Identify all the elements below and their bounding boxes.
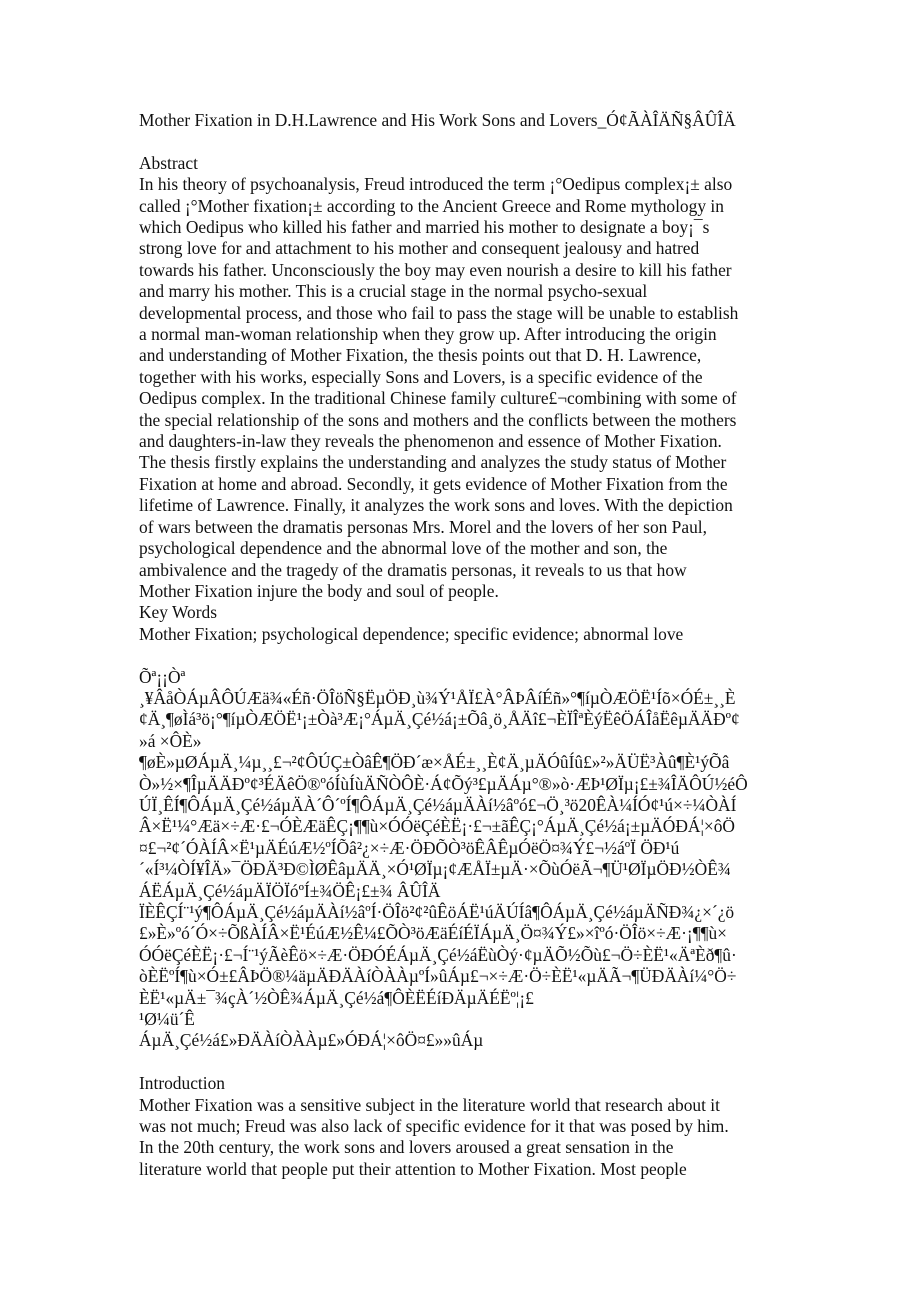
abstract-line: towards his father. Unconsciously the bo…: [139, 260, 799, 281]
abstract-line: strong love for and attachment to his mo…: [139, 238, 799, 259]
chinese-abstract-line: òÈËºÍ¶ù×Ó±£ÂÞÖ®¼äµÄÐÄÀíÒÀÀµºÍ»ûÁµ£¬×÷Æ·Ö…: [139, 966, 799, 987]
abstract-line: together with his works, especially Sons…: [139, 367, 799, 388]
introduction-line: literature world that people put their a…: [139, 1159, 799, 1180]
chinese-abstract-line: £»È»ºó´Ó×÷ÕßÀÍÂ×Ë¹ÉúÆ½Ê¼£ÕÒ³öÆäÉíÉÏÁµÄ¸Ö…: [139, 923, 799, 944]
document-page: Mother Fixation in D.H.Lawrence and His …: [139, 110, 799, 1180]
introduction-section: Introduction Mother Fixation was a sensi…: [139, 1073, 799, 1180]
introduction-line: was not much; Freud was also lack of spe…: [139, 1116, 799, 1137]
introduction-line: Mother Fixation was a sensitive subject …: [139, 1095, 799, 1116]
abstract-line: Oedipus complex. In the traditional Chin…: [139, 388, 799, 409]
abstract-line: In his theory of psychoanalysis, Freud i…: [139, 174, 799, 195]
abstract-line: called ¡°Mother fixation¡± according to …: [139, 196, 799, 217]
abstract-line: and understanding of Mother Fixation, th…: [139, 345, 799, 366]
chinese-abstract-line: ÓÓëÇéÈË¡·£¬Í¨¹ýÃèÊö×÷Æ·ÖÐÓÉÁµÄ¸Çé½áËùÒý·…: [139, 945, 799, 966]
abstract-line: which Oedipus who killed his father and …: [139, 217, 799, 238]
chinese-keywords-text: ÁµÄ¸Çé½á£»ÐÄÀíÒÀÀµ£»ÓÐÁ¦×ôÖ¤£»»ûÁµ: [139, 1030, 799, 1051]
chinese-abstract-line: ¤£¬²¢´ÓÀÍÂ×Ë¹µÄÉúÆ½ºÍÕâ²¿×÷Æ·ÖÐÕÒ³öÊÂÊµÓ…: [139, 838, 799, 859]
abstract-line: ambivalence and the tragedy of the drama…: [139, 560, 799, 581]
chinese-abstract-line: ¸¥ÂåÒÁµÂÔÚÆä¾«Éñ·ÖÎöÑ§ËµÖÐ¸ù¾Ý¹ÅÏ£À°ÂÞÂí…: [139, 688, 799, 709]
spacer: [139, 131, 799, 152]
introduction-line: In the 20th century, the work sons and l…: [139, 1137, 799, 1158]
document-title: Mother Fixation in D.H.Lawrence and His …: [139, 110, 799, 131]
keywords-text: Mother Fixation; psychological dependenc…: [139, 624, 799, 645]
chinese-keywords-heading: ¹Ø¼ü´Ê: [139, 1009, 799, 1030]
chinese-abstract-section: Õª¡¡Òª ¸¥ÂåÒÁµÂÔÚÆä¾«Éñ·ÖÎöÑ§ËµÖÐ¸ù¾Ý¹ÅÏ…: [139, 667, 799, 1052]
spacer: [139, 1052, 799, 1073]
abstract-line: psychological dependence and the abnorma…: [139, 538, 799, 559]
introduction-heading: Introduction: [139, 1073, 799, 1094]
abstract-line: lifetime of Lawrence. Finally, it analyz…: [139, 495, 799, 516]
chinese-abstract-line: ÈË¹«µÄ±¯¾çÀ´½ÒÊ¾ÁµÄ¸Çé½á¶ÔÈËÉíÐÄµÄÉËº¦¡£: [139, 988, 799, 1009]
abstract-line: Mother Fixation injure the body and soul…: [139, 581, 799, 602]
abstract-line: of wars between the dramatis personas Mr…: [139, 517, 799, 538]
chinese-abstract-line: ÏÈÊÇÍ¨¹ý¶ÔÁµÄ¸Çé½áµÄÀí½âºÍ·ÖÎö²¢²ûÊöÁË¹ú…: [139, 902, 799, 923]
chinese-abstract-line: Â×Ë¹¼°Æä×÷Æ·£¬ÓÈÆäÊÇ¡¶¶ù×ÓÓëÇéÈË¡·£¬±ãÊÇ…: [139, 816, 799, 837]
chinese-abstract-line: ÁËÁµÄ¸Çé½áµÄÏÖÏóºÍ±¾ÖÊ¡£±¾ ÂÛÎÄ: [139, 881, 799, 902]
keywords-heading: Key Words: [139, 602, 799, 623]
chinese-abstract-line: ¶øÈ»µØÁµÄ¸¼µ¸¸£¬²¢ÔÚÇ±ÒâÊ¶ÖÐ´æ×ÅÉ±¸¸È¢Ä¸…: [139, 752, 799, 773]
chinese-abstract-heading: Õª¡¡Òª: [139, 667, 799, 688]
abstract-line: and marry his mother. This is a crucial …: [139, 281, 799, 302]
abstract-line: a normal man-woman relationship when the…: [139, 324, 799, 345]
abstract-line: Fixation at home and abroad. Secondly, i…: [139, 474, 799, 495]
chinese-abstract-line: ´«Í³¼ÒÍ¥ÎÄ»¯ÖÐÄ³Ð©ÌØÊâµÄÄ¸×Ó¹ØÏµ¡¢ÆÅÏ±µÄ…: [139, 859, 799, 880]
chinese-abstract-line: Ò»½×¶ÎµÄÄÐº¢³ÉÄêÖ®ºóÍùÍùÄÑÒÔÈ·Á¢Õý³£µÄÁµ…: [139, 774, 799, 795]
spacer: [139, 645, 799, 666]
chinese-abstract-line: ÚÏ¸ÊÍ¶ÔÁµÄ¸Çé½áµÄÀ´Ô´ºÍ¶ÔÁµÄ¸Çé½áµÄÀí½âº…: [139, 795, 799, 816]
chinese-abstract-line: »á ×ÔÈ»: [139, 731, 799, 752]
abstract-line: the special relationship of the sons and…: [139, 410, 799, 431]
keywords-section: Key Words Mother Fixation; psychological…: [139, 602, 799, 645]
abstract-line: and daughters-in-law they reveals the ph…: [139, 431, 799, 452]
abstract-line: The thesis firstly explains the understa…: [139, 452, 799, 473]
abstract-line: developmental process, and those who fai…: [139, 303, 799, 324]
abstract-section: Abstract In his theory of psychoanalysis…: [139, 153, 799, 603]
abstract-heading: Abstract: [139, 153, 799, 174]
chinese-abstract-line: ¢Ä¸¶øÌá³ö¡°¶íµÒÆÖË¹¡±Òà³Æ¡°ÁµÄ¸Çé½á¡±Õâ¸…: [139, 709, 799, 730]
